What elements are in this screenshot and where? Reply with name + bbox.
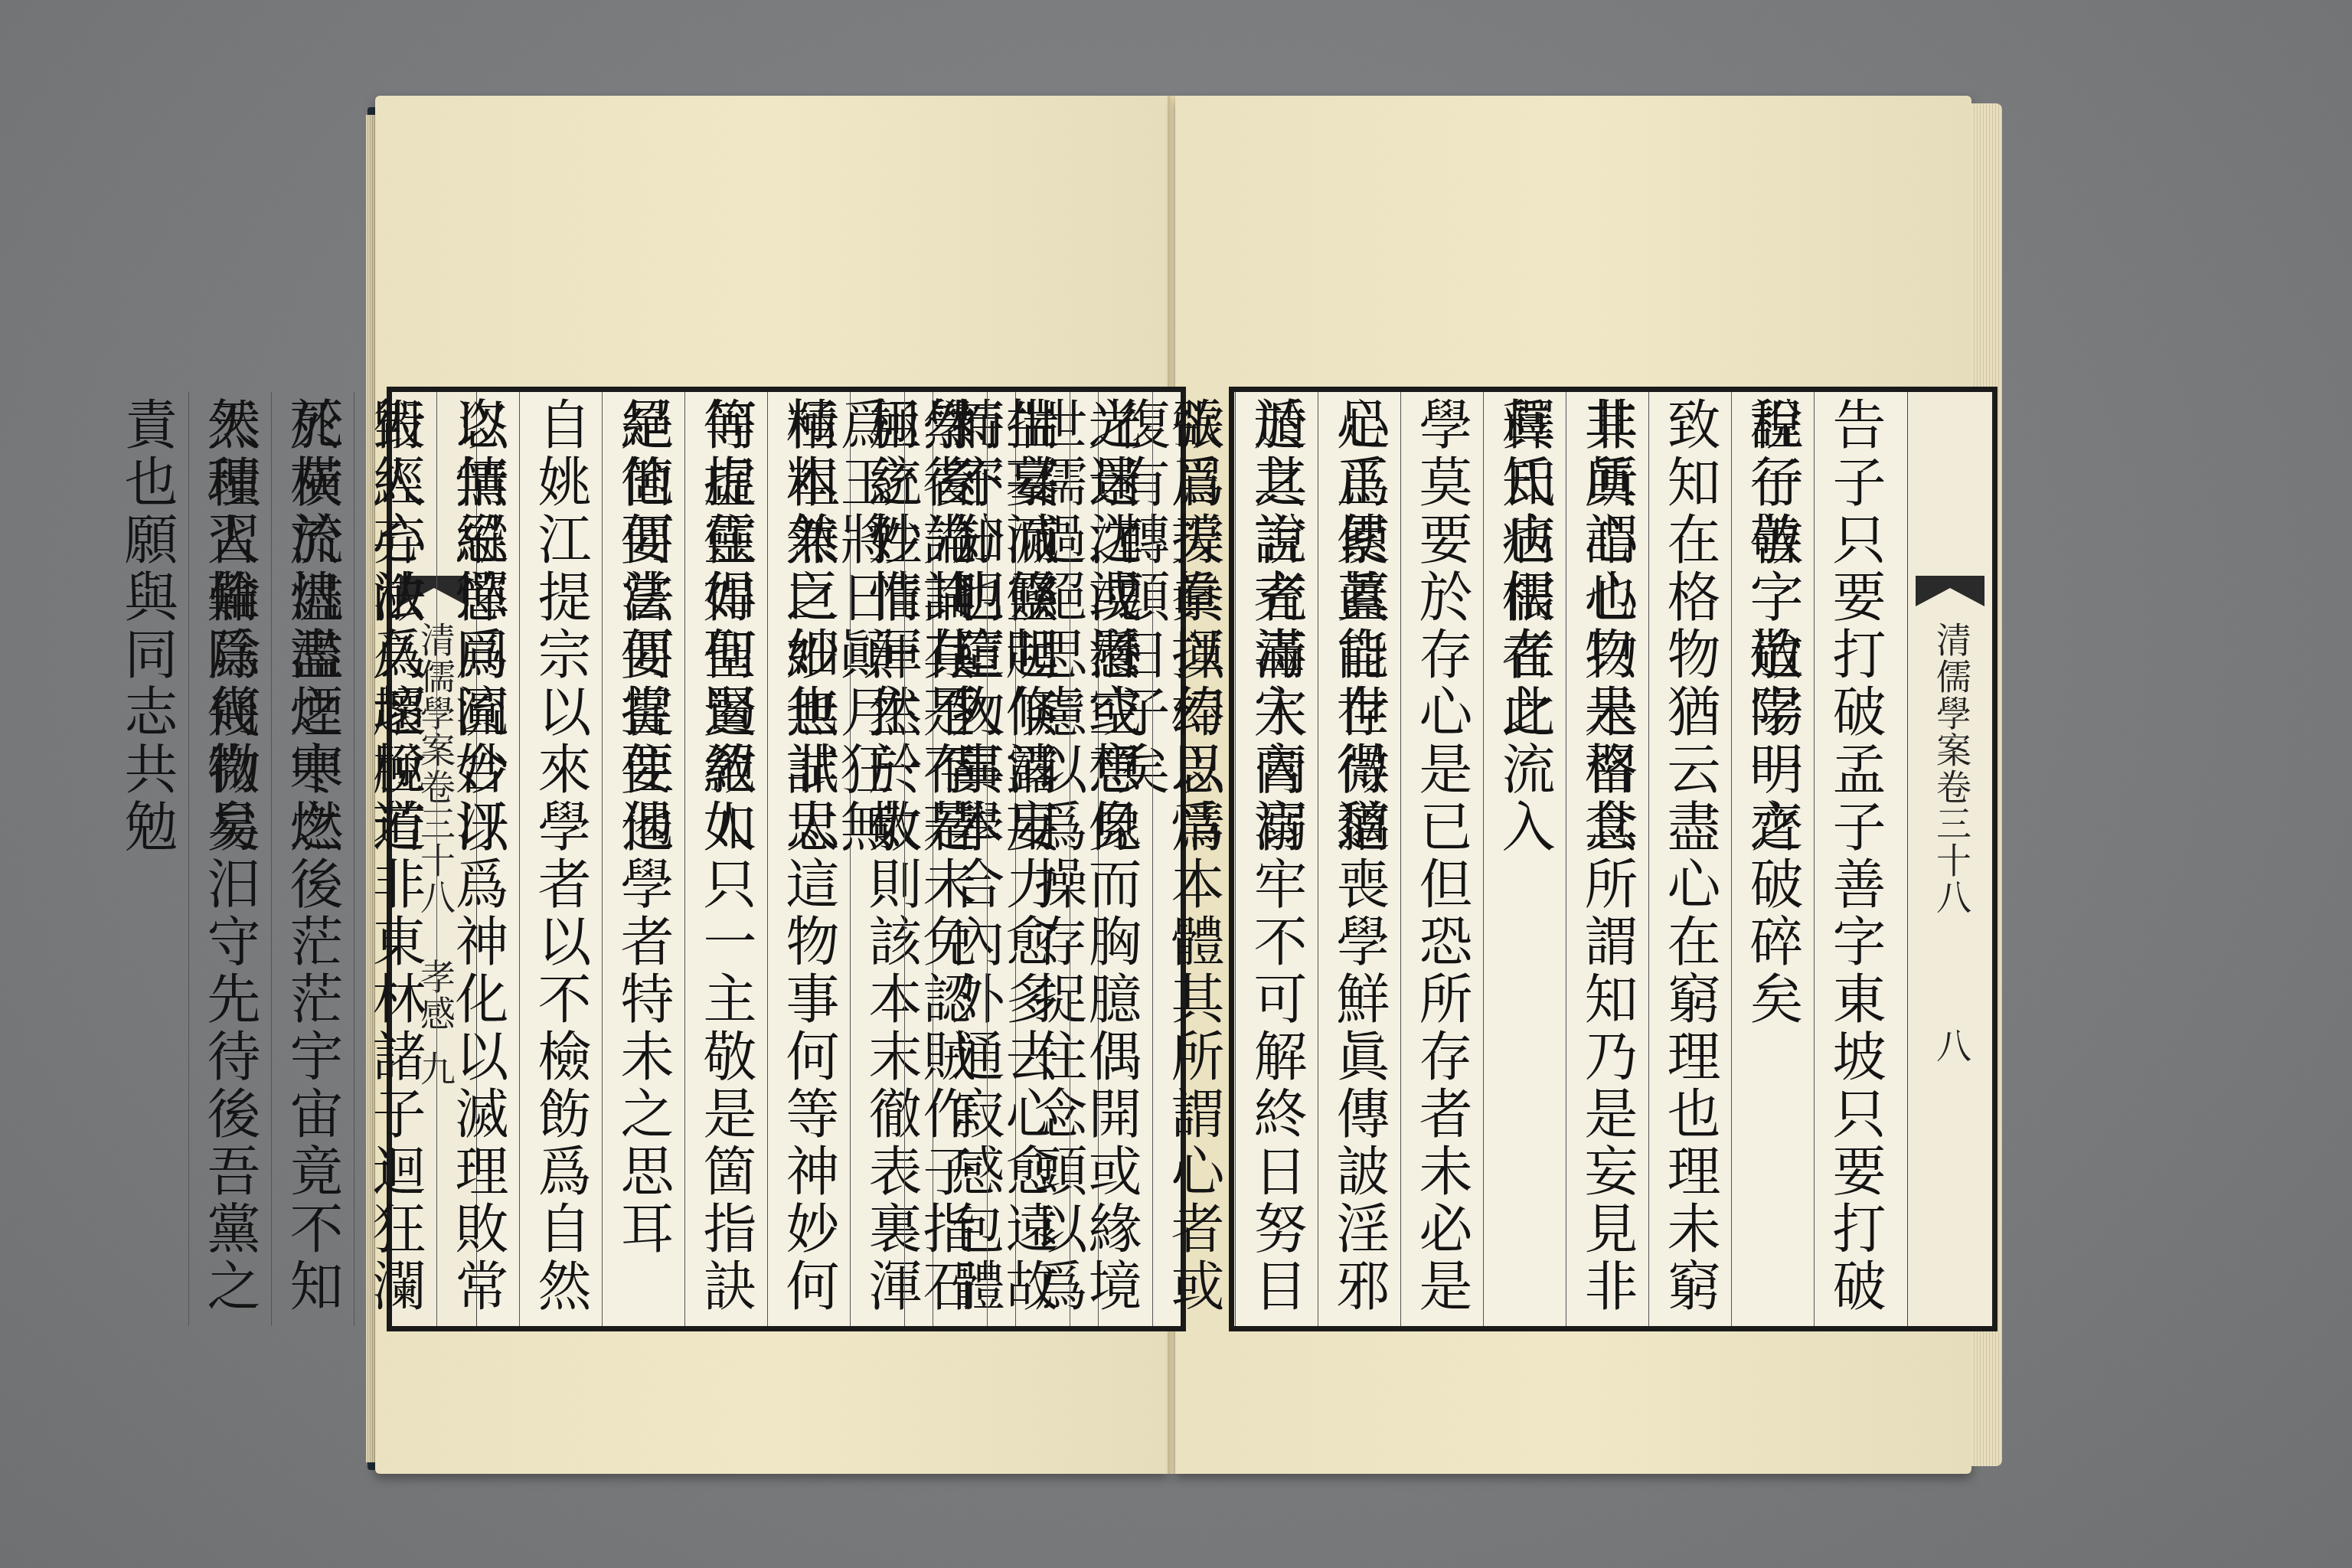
text-column: 自姚江提宗以來學者以不檢飭爲自然以無忌憚爲圓妙以: [519, 392, 602, 1326]
text-column: 學莫要於存心是已但恐所存者未必是心正使眞能存得黐: [1400, 392, 1483, 1326]
right-banxin: 清儒學案卷三十八 八: [1907, 392, 1992, 1326]
banxin-title: 清儒學案卷三十八: [1931, 622, 1977, 974]
right-text-columns: 告子只要打破孟子善字東坡只要打破程子敬字迨陽明之 說行善字敬字一齊破碎矣 致知在…: [1234, 392, 1896, 1326]
text-column: 告子只要打破孟子善字東坡只要打破程子敬字迨陽明之: [1814, 392, 1896, 1326]
text-column: 致知在格物猶云盡心在窮理也理未窮其所謂心只是習念: [1648, 392, 1731, 1326]
fishtail-mark: [1916, 576, 1984, 606]
page-number: 八: [1931, 1027, 1977, 1089]
right-page-frame: 告子只要打破孟子善字東坡只要打破程子敬字迨陽明之 說行善字敬字一齊破碎矣 致知在…: [1229, 387, 1998, 1331]
